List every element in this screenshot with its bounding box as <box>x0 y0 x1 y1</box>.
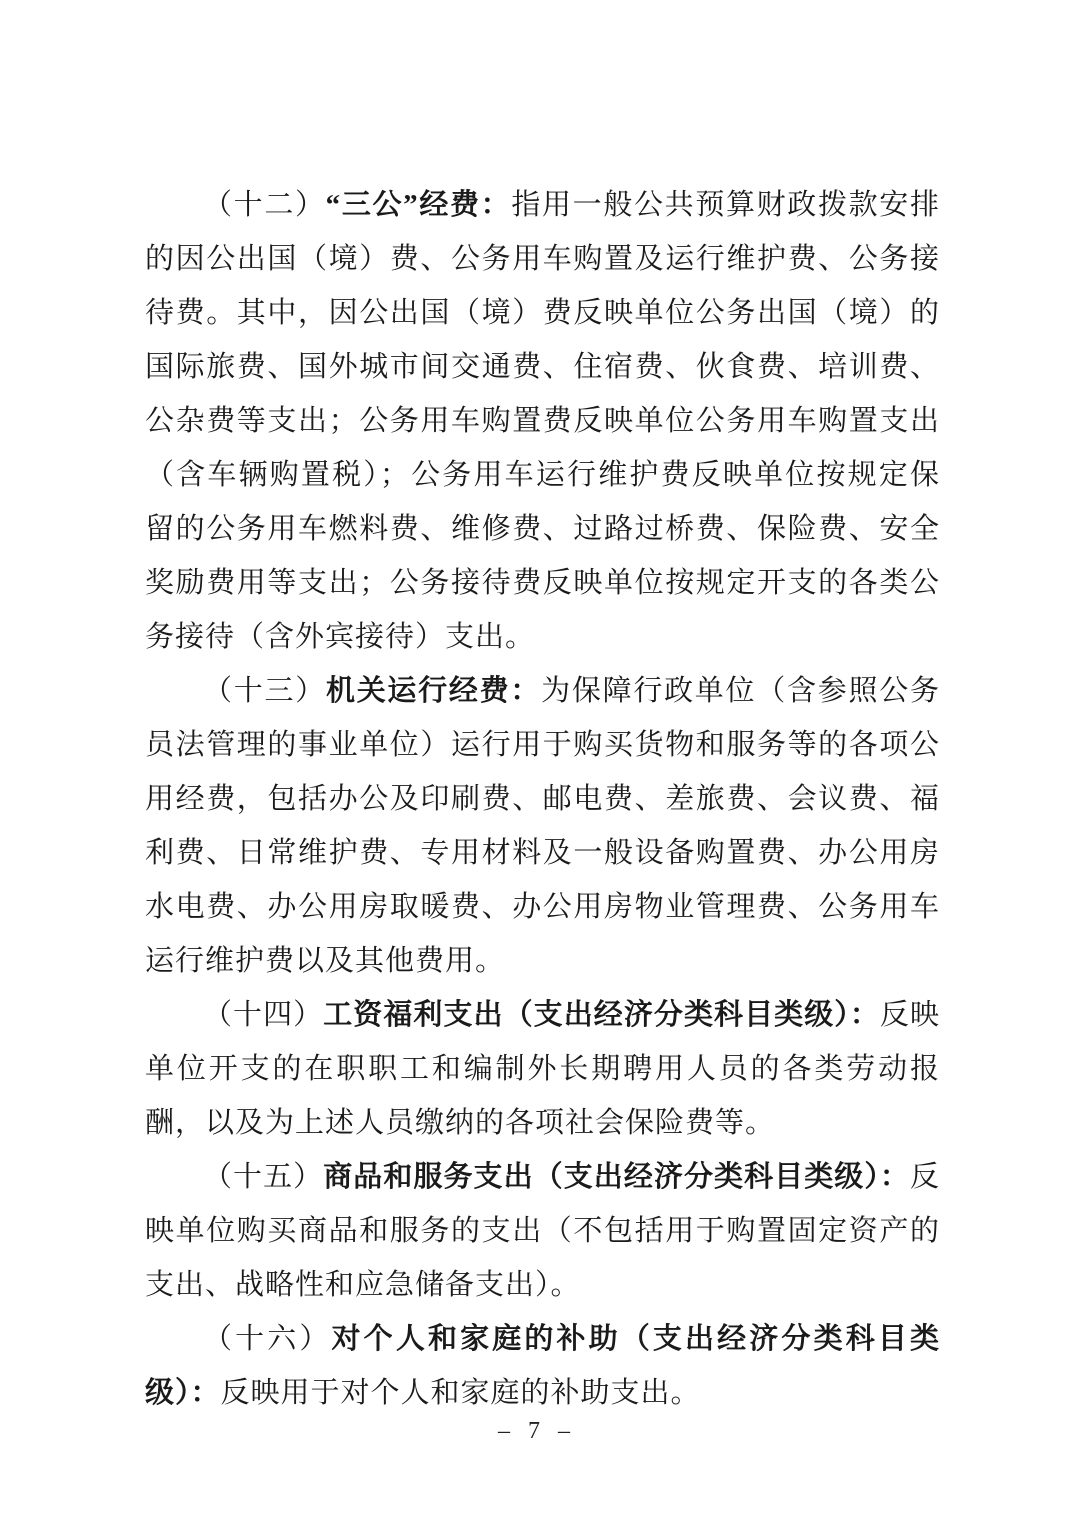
paragraph-text: 指用一般公共预算财政拨款安排的因公出国（境）费、公务用车购置及运行维护费、公务接… <box>145 189 940 653</box>
paragraph-text: 反映用于对个人和家庭的补助支出。 <box>221 1377 701 1409</box>
document-page: （十二）“三公”经费：指用一般公共预算财政拨款安排的因公出国（境）费、公务用车购… <box>0 0 1074 1520</box>
page-number: – 7 – <box>0 1418 1074 1445</box>
list-marker: （十五） <box>203 1161 323 1193</box>
paragraph-12-sangong-expenses: （十二）“三公”经费：指用一般公共预算财政拨款安排的因公出国（境）费、公务用车购… <box>145 178 940 664</box>
term-label: “三公”经费： <box>326 189 512 221</box>
paragraph-16-individual-family-subsidies: （十六）对个人和家庭的补助（支出经济分类科目类级）：反映用于对个人和家庭的补助支… <box>145 1312 940 1420</box>
paragraph-text: 为保障行政单位（含参照公务员法管理的事业单位）运行用于购买货物和服务等的各项公用… <box>145 675 940 977</box>
term-label: 机关运行经费： <box>326 675 541 707</box>
paragraph-15-goods-services-expenditure: （十五）商品和服务支出（支出经济分类科目类级）：反映单位购买商品和服务的支出（不… <box>145 1150 940 1312</box>
paragraph-13-agency-operating-funds: （十三）机关运行经费：为保障行政单位（含参照公务员法管理的事业单位）运行用于购买… <box>145 664 940 988</box>
paragraph-14-wage-welfare-expenditure: （十四）工资福利支出（支出经济分类科目类级）：反映单位开支的在职职工和编制外长期… <box>145 988 940 1150</box>
list-marker: （十六） <box>203 1323 332 1355</box>
list-marker: （十二） <box>203 189 326 221</box>
term-label: 工资福利支出（支出经济分类科目类级）： <box>323 999 880 1031</box>
document-body: （十二）“三公”经费：指用一般公共预算财政拨款安排的因公出国（境）费、公务用车购… <box>145 178 940 1420</box>
term-label: 商品和服务支出（支出经济分类科目类级）： <box>323 1161 910 1193</box>
list-marker: （十四） <box>203 999 323 1031</box>
list-marker: （十三） <box>203 675 326 707</box>
